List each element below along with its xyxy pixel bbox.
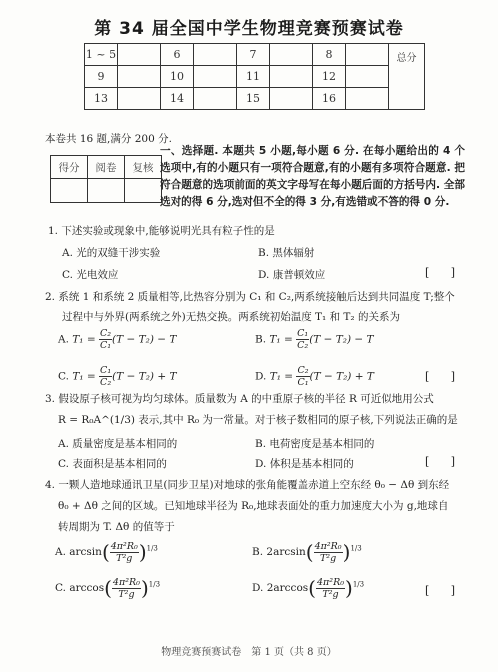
- grade-header: 阅卷: [88, 156, 125, 179]
- question-number: 4.: [45, 479, 55, 491]
- option-1d: D. 康普顿效应: [258, 267, 325, 282]
- score-label: 16: [313, 88, 346, 110]
- answer-bracket-3[interactable]: [ ]: [425, 455, 455, 468]
- answer-bracket-2[interactable]: [ ]: [425, 370, 455, 383]
- question-2-line2: 过程中与外界(两系统之外)无热交换。两系统初始温度 T₁ 和 T₂ 的关系为: [62, 308, 400, 326]
- question-3: 3. 假设原子核可视为均匀球体。质量数为 A 的中重原子核的半径 R 可近似地用…: [45, 390, 434, 408]
- score-cell: [118, 66, 161, 88]
- question-number: 2.: [45, 291, 55, 303]
- score-label: 13: [85, 88, 118, 110]
- grade-cell: [88, 179, 125, 203]
- grade-box: 得分 阅卷 复核: [50, 155, 162, 203]
- grade-header: 得分: [51, 156, 88, 179]
- page-footer: 物理竞赛预赛试卷 第 1 页（共 8 页）: [0, 643, 498, 658]
- exam-title: 第 34 届全国中学生物理竞赛预赛试卷: [0, 14, 498, 39]
- score-cell: [118, 88, 161, 110]
- score-cell: [270, 66, 313, 88]
- section-description: 一、选择题. 本题共 5 小题,每小题 6 分. 在每小题给出的 4 个选项中,…: [160, 143, 465, 211]
- total-score-cell: 总分: [389, 44, 425, 110]
- question-1: 1. 下述实验或现象中,能够说明光具有粒子性的是: [48, 222, 275, 240]
- question-text: 下述实验或现象中,能够说明光具有粒子性的是: [61, 225, 274, 237]
- score-cell: [194, 88, 237, 110]
- option-3c: C. 表面积是基本相同的: [58, 456, 167, 471]
- option-1b: B. 黑体辐射: [258, 245, 314, 260]
- question-4-line2: θ₀ + Δθ 之间的区域。已知地球半径为 R₀,地球表面处的重力加速度大小为 …: [58, 497, 448, 515]
- option-2d: D. T₁ = C₂C₁(T − T₂) + T: [255, 365, 374, 388]
- exam-intro: 本卷共 16 题,满分 200 分.: [45, 131, 172, 146]
- score-cell: [118, 44, 161, 66]
- answer-bracket-1[interactable]: [ ]: [425, 266, 455, 279]
- score-cell: [194, 44, 237, 66]
- score-label: 11: [237, 66, 270, 88]
- score-label: 10: [161, 66, 194, 88]
- option-3a: A. 质量密度是基本相同的: [58, 436, 177, 451]
- score-cell: [270, 88, 313, 110]
- option-4d: D. 2arccos(4π²R₀T²g)1/3: [252, 576, 364, 600]
- option-1c: C. 光电效应: [62, 267, 118, 282]
- score-cell: [346, 44, 389, 66]
- grade-header: 复核: [125, 156, 162, 179]
- option-3d: D. 体积是基本相同的: [255, 456, 354, 471]
- score-label: 7: [237, 44, 270, 66]
- grade-cell: [51, 179, 88, 203]
- option-4a: A. arcsin(4π²R₀T²g)1/3: [55, 540, 158, 564]
- score-label: 15: [237, 88, 270, 110]
- score-table: 1 ~ 5 6 7 8 总分 9 10 11 12 13 14 15 16: [84, 43, 425, 110]
- question-text: 假设原子核可视为均匀球体。质量数为 A 的中重原子核的半径 R 可近似地用公式: [58, 393, 433, 405]
- question-4-line3: 转周期为 T. Δθ 的值等于: [58, 518, 175, 536]
- score-cell: [346, 66, 389, 88]
- question-2: 2. 系统 1 和系统 2 质量相等,比热容分别为 C₁ 和 C₂,两系统接触后…: [45, 288, 455, 306]
- question-4: 4. 一颗人造地球通讯卫星(同步卫星)对地球的张角能覆盖赤道上空东经 θ₀ − …: [45, 476, 449, 494]
- score-cell: [270, 44, 313, 66]
- score-label: 1 ~ 5: [85, 44, 118, 66]
- option-2b: B. T₁ = C₁C₂(T − T₂) − T: [255, 328, 374, 351]
- answer-bracket-4[interactable]: [ ]: [425, 584, 455, 597]
- option-3b: B. 电荷密度是基本相同的: [255, 436, 374, 451]
- question-text: 系统 1 和系统 2 质量相等,比热容分别为 C₁ 和 C₂,两系统接触后达到共…: [58, 291, 454, 303]
- question-text: 一颗人造地球通讯卫星(同步卫星)对地球的张角能覆盖赤道上空东经 θ₀ − Δθ …: [58, 479, 449, 491]
- question-number: 1.: [48, 225, 58, 237]
- score-cell: [346, 88, 389, 110]
- question-number: 3.: [45, 393, 55, 405]
- option-4c: C. arccos(4π²R₀T²g)1/3: [55, 576, 160, 600]
- option-4b: B. 2arcsin(4π²R₀T²g)1/3: [252, 540, 362, 564]
- grade-cell: [125, 179, 162, 203]
- question-3-line2: R = R₀A^(1/3) 表示,其中 R₀ 为一常量。对于核子数相同的原子核,…: [58, 411, 458, 429]
- score-label: 8: [313, 44, 346, 66]
- option-1a: A. 光的双缝干涉实验: [62, 245, 160, 260]
- score-label: 12: [313, 66, 346, 88]
- score-label: 6: [161, 44, 194, 66]
- option-2a: A. T₁ = C₂C₁(T − T₂) − T: [58, 328, 176, 351]
- score-cell: [194, 66, 237, 88]
- score-label: 14: [161, 88, 194, 110]
- score-label: 9: [85, 66, 118, 88]
- option-2c: C. T₁ = C₁C₂(T − T₂) + T: [58, 365, 176, 388]
